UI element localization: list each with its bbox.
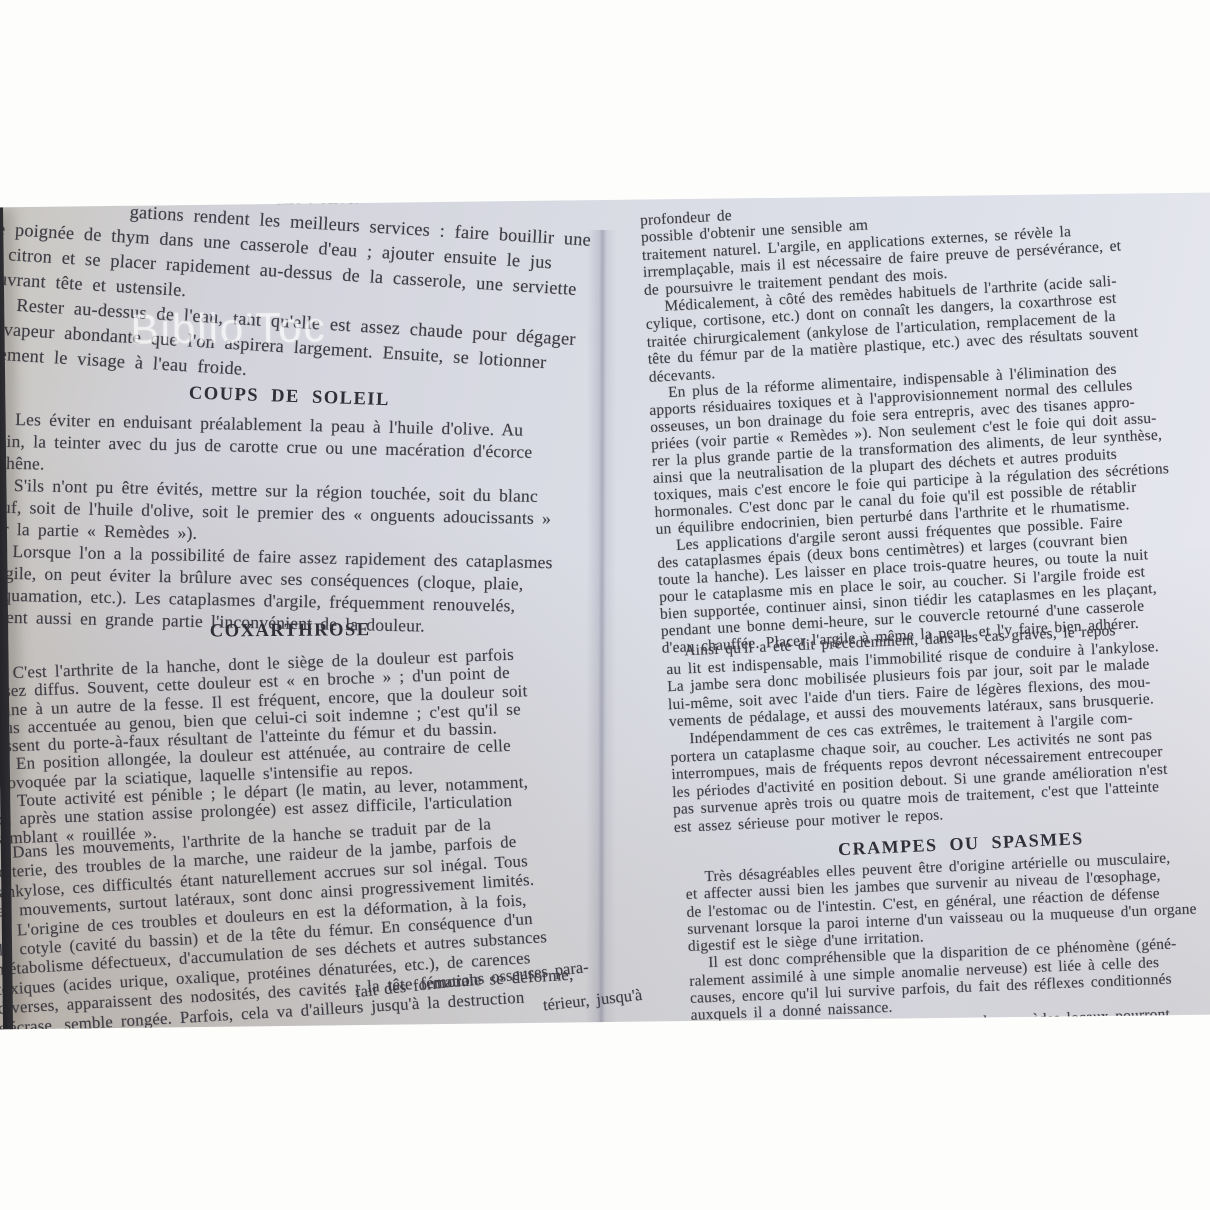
sunburn-paragraphs: Les éviter en enduisant préalablement la… [0,408,597,641]
top-line-fragment: uile d'olive. [275,192,359,209]
argile-paragraphs-b: En plus de la réforme alimentaire, indis… [648,355,1210,657]
argile-paragraphs-c: Ainsi qu'il a été dit précédemment, dans… [665,616,1210,836]
coxarthrose-paragraphs-b: Dans les mouvements, l'arthrite de la ha… [0,808,612,1030]
top-line-fragment: (sel marin) ou un [435,192,559,203]
section-heading-coxarthrose: COXARTHROSE [0,618,590,644]
left-intro-block: gations rendent les meilleurs services :… [0,192,605,403]
top-line-fragment: lavages, [543,192,602,195]
crampes-paragraphs: Très désagréables elles peuvent être d'o… [685,846,1210,1029]
book-photo: gations rendent les meilleurs services :… [0,192,1210,1029]
argile-paragraphs-a: profondeur depossible d'obtenir une sens… [640,192,1210,386]
watermark: Biblio'Toc [130,303,327,353]
book-gutter-shadow [586,230,617,1030]
